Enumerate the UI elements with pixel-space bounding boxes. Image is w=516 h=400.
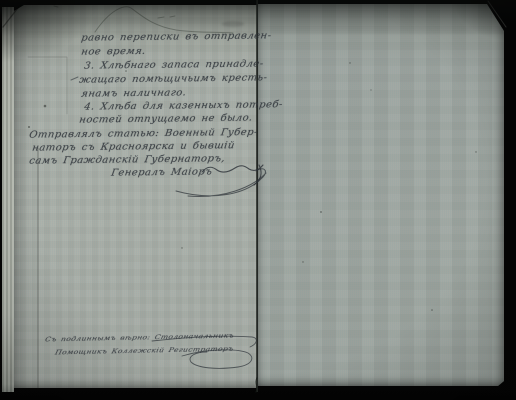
microfilm-scan-frame: равно переписки въ отправлен- ное время.… — [0, 0, 516, 400]
ink-smudge — [222, 21, 244, 27]
manuscript-line: янамъ наличнаго. — [80, 88, 187, 100]
manuscript-line: ностей отпущаемо не было. — [78, 113, 253, 126]
manuscript-line: ное время. — [80, 46, 146, 57]
manuscript-line: 3. Хлѣбнаго запаса принадле- — [83, 59, 264, 72]
manuscript-right-page-blank — [258, 4, 504, 386]
page-stack-edge — [2, 7, 14, 392]
signature-rank: Генералъ Маіоръ — [110, 167, 213, 179]
